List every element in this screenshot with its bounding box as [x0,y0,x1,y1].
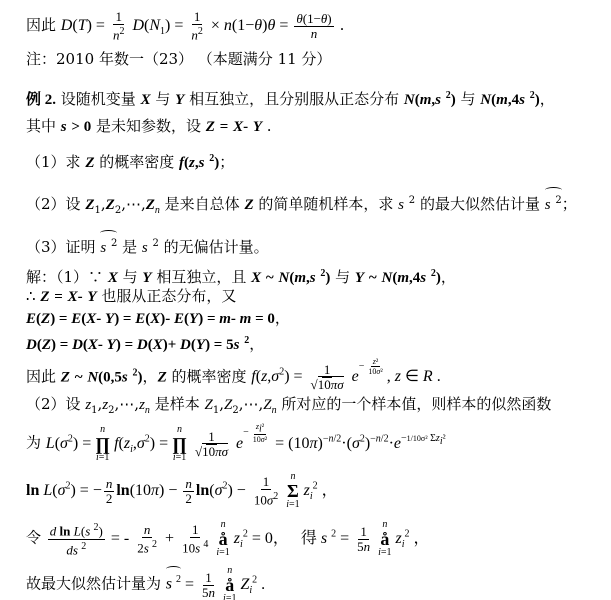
solution-likelihood: 为 L(σ2) = n∏i=1 f(zi,σ2) = n∏i=1 1√10πσ … [26,425,446,463]
solution-variance: D(Z) = D(X- Y) = D(X)+ D(Y) = 5s 2， [26,330,264,356]
variance-formula: D(T) = 1n2 D(N1) = 1n2 × n(1−θ)θ = θ(1−θ… [61,17,340,34]
solution-log-likelihood: ln L(σ2) = −n2ln(10π) − n2ln(σ2) − 110σ2… [26,472,338,510]
solution-expectation: E(Z) = E(X- Y) = E(X)- E(Y) = m- m = 0， [26,307,290,330]
note-line: 注：2010 年数一（23） （本题满分 11 分） [26,48,331,70]
solution-estimator: 故最大似然估计量为 s 2 = 15n nåi=1 Zi2 . [26,566,265,600]
solution-step-2: ∴ Z = X- Y 也服从正态分布，又 [26,285,236,308]
solution-derivative: 令 d ln L(s 2)ds 2 = - n2s 2 + 110s 4 nåi… [26,520,430,558]
example-statement: 例 2. 设随机变量 X 与 Y 相互独立，且分别服从正态分布 N(m,s 2)… [26,85,555,111]
prefix: 因此 [26,16,56,34]
result-line: 因此 D(T) = 1n2 D(N1) = 1n2 × n(1−θ)θ = θ(… [26,10,344,43]
solution-density: 因此 Z ~ N(0,5s 2)，Z 的概率密度 f(z,σ2) = 1√10π… [26,362,441,392]
question-2: （2）设 Z1,Z2,⋯,Zn 是来自总体 Z 的简单随机样本，求 s 2 的最… [26,190,577,222]
solution-step-sample: （2）设 z1,z2,⋯,zn 是样本 Z1,Z2,⋯,Zn 所对应的一个样本值… [26,393,551,422]
question-3: （3）证明 s 2 是 s 2 的无偏估计量。 [26,233,269,259]
question-1: （1）求 Z 的概率密度 f(z,s 2)； [26,148,234,174]
example-label: 例 2. [26,92,56,108]
example-statement-2: 其中 s > 0 是未知参数，设 Z = X- Y . [26,115,272,138]
